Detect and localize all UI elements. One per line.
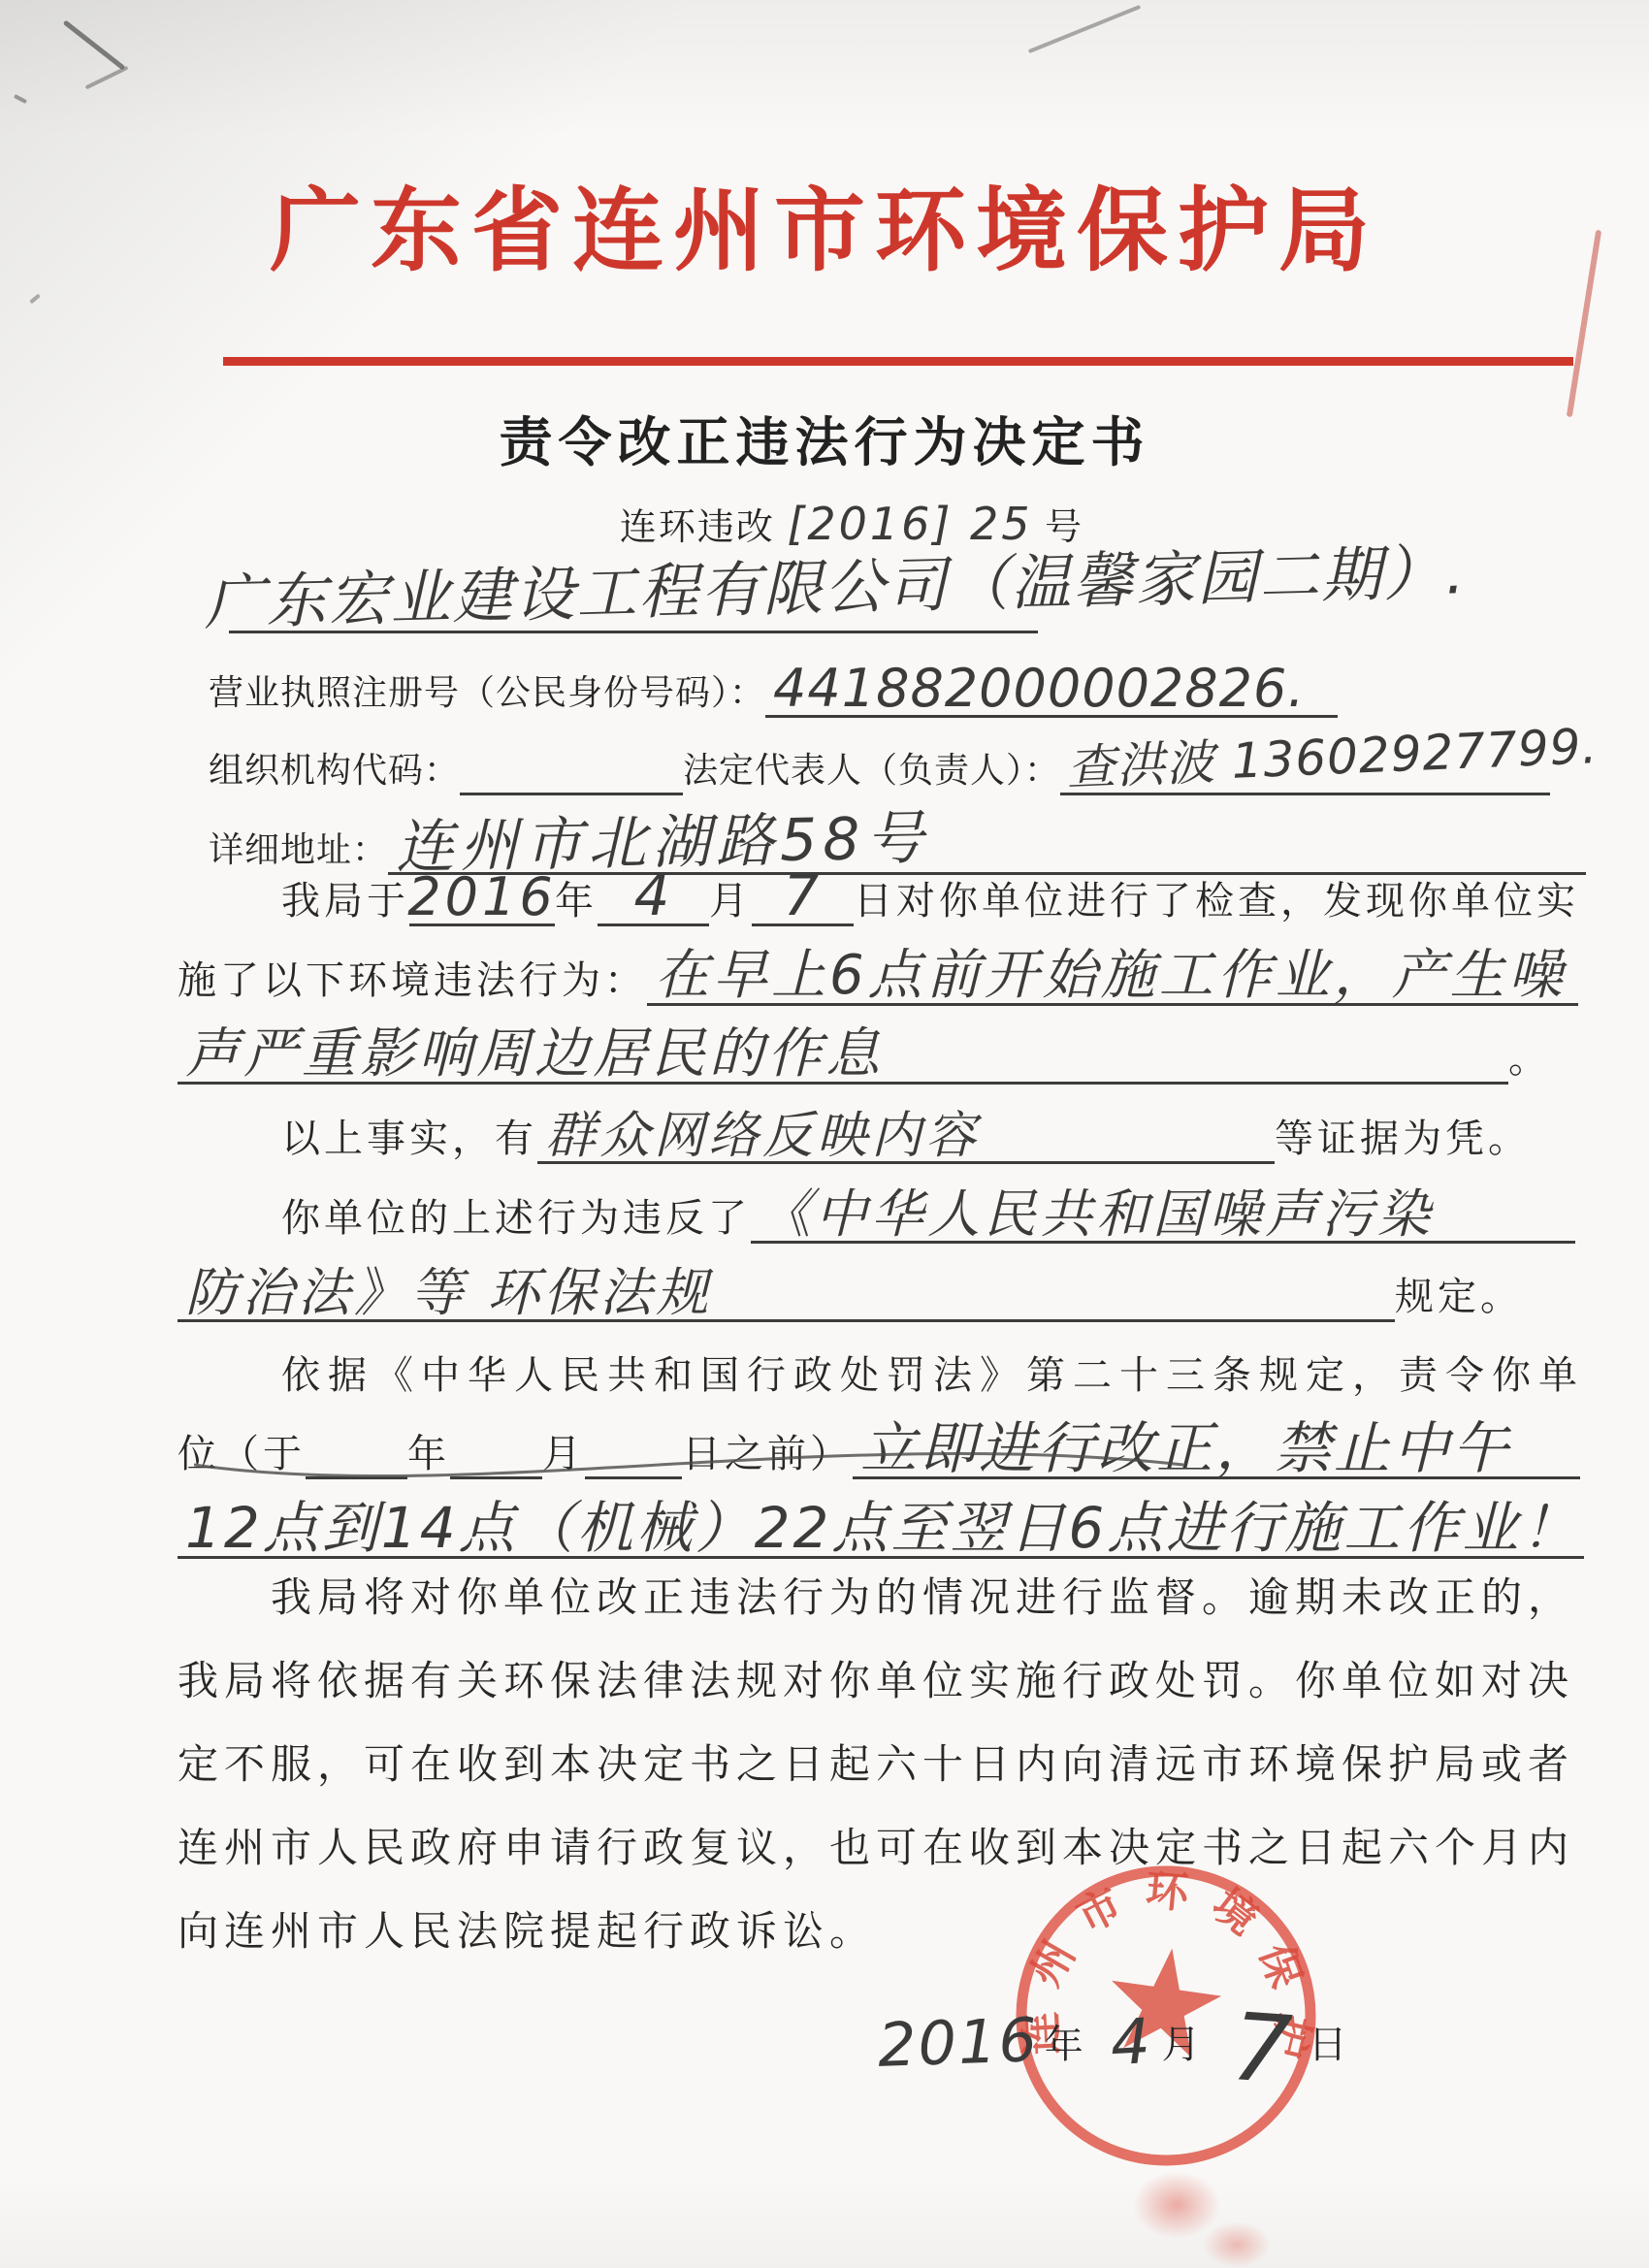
stamp-ink-smudge-artifact	[1203, 2221, 1271, 2268]
inspection-year-handwritten: 2016	[407, 871, 556, 923]
license-number-blank: 441882000002826.	[765, 668, 1338, 718]
signature-date-row: 2016年4月7日	[878, 1994, 1349, 2103]
license-number-label: 营业执照注册号（公民身份号码）：	[209, 672, 765, 712]
date-day-unit: 日	[1309, 2024, 1349, 2066]
document-title: 责令改正违法行为决定书	[0, 400, 1649, 476]
violation-label: 施了以下环境违法行为：	[178, 959, 647, 1002]
date-month-unit: 月	[1162, 2024, 1203, 2066]
violation-line-2: 声严重影响周边居民的作息。	[178, 1034, 1551, 1088]
inspection-year-blank: 2016	[409, 877, 555, 926]
supervision-paragraph: 我局将对你单位改正违法行为的情况进行监督。逾期未改正的， 我局将依据有关环保法律…	[178, 1556, 1596, 1973]
inspection-day-blank: 7	[752, 877, 854, 926]
address-blank: 连州市北湖路58号	[388, 826, 1586, 875]
supervision-line: 定不服，可在收到本决定书之日起六十日内向清远市环境保护局或者	[178, 1723, 1596, 1806]
inspection-day-handwritten: 7	[784, 867, 823, 923]
agency-letterhead: 广东省连州市环境保护局	[0, 157, 1649, 288]
letterhead-divider-line	[223, 357, 1573, 366]
legal-rep-blank: 查洪波 13602927799.	[1060, 746, 1550, 795]
edge-smudge-artifact	[14, 94, 27, 104]
evidence-line: 以上事实，有群众网络反映内容等证据为凭。	[281, 1114, 1531, 1168]
evidence-handwritten: 群众网络反映内容	[545, 1111, 980, 1161]
supervision-line: 向连州市人民法院提起行政诉讼。	[178, 1890, 1596, 1973]
supervision-line: 我局将依据有关环保法律法规对你单位实施行政处罚。你单位如对决	[178, 1639, 1596, 1723]
corner-fold-crease-artifact	[63, 20, 126, 71]
violation-blank-1: 在早上6点前开始施工作业，产生噪	[647, 956, 1578, 1006]
org-code-label: 组织机构代码：	[209, 750, 460, 790]
inspection-prefix: 我局于	[281, 880, 409, 923]
supervision-line: 连州市人民政府申请行政复议，也可在收到本决定书之日起六个月内	[178, 1806, 1596, 1890]
violation-period: 。	[1508, 1038, 1551, 1081]
law-line-1: 你单位的上述行为违反了《中华人民共和国噪声污染	[281, 1193, 1575, 1247]
violation-line-1: 施了以下环境违法行为：在早上6点前开始施工作业，产生噪	[178, 956, 1578, 1010]
scanned-document-page: 广东省连州市环境保护局 责令改正违法行为决定书 连环违改 [2016] 25 号…	[0, 0, 1649, 2268]
pen-stroke-artifact	[175, 1409, 1242, 1525]
license-number-row: 营业执照注册号（公民身份号码）：441882000002826.	[209, 667, 1338, 722]
order-line-1: 依据《中华人民共和国行政处罚法》第二十三条规定，责令你单	[281, 1350, 1585, 1405]
law-blank-1: 《中华人民共和国噪声污染	[751, 1194, 1575, 1244]
top-right-crease-artifact	[1028, 5, 1141, 53]
inspection-suffix: 日对你单位进行了检查，发现你单位实	[854, 880, 1579, 923]
law-line-2: 防治法》等 环保法规规定。	[178, 1272, 1523, 1326]
evidence-suffix: 等证据为凭。	[1275, 1118, 1531, 1160]
inspection-month-handwritten: 4	[634, 867, 673, 923]
corner-fold-crease-artifact	[85, 66, 129, 90]
legal-rep-label: 法定代表人（负责人）：	[683, 750, 1060, 790]
inspection-month-unit: 月	[709, 880, 752, 923]
address-label: 详细地址：	[209, 829, 388, 869]
law-suffix: 规定。	[1395, 1276, 1523, 1318]
date-year-unit: 年	[1045, 2024, 1085, 2066]
evidence-prefix: 以上事实，有	[281, 1118, 537, 1160]
law-blank-2: 防治法》等 环保法规	[178, 1273, 1395, 1322]
law-handwritten-2: 防治法》等 环保法规	[185, 1267, 712, 1319]
date-year-handwritten: 2016	[877, 2004, 1040, 2081]
violation-handwritten-1: 在早上6点前开始施工作业，产生噪	[655, 949, 1567, 1003]
org-code-legal-rep-row: 组织机构代码：法定代表人（负责人）：查洪波 13602927799.	[209, 745, 1550, 799]
inspection-year-unit: 年	[555, 880, 598, 923]
date-month-handwritten: 4	[1109, 2006, 1154, 2080]
edge-smudge-artifact	[29, 294, 41, 305]
supervision-line: 我局将对你单位改正违法行为的情况进行监督。逾期未改正的，	[178, 1556, 1596, 1639]
violation-handwritten-2: 声严重影响周边居民的作息	[185, 1027, 884, 1082]
law-prefix: 你单位的上述行为违反了	[281, 1197, 751, 1240]
license-number-handwritten: 441882000002826.	[773, 663, 1306, 715]
inspection-month-blank: 4	[598, 877, 709, 926]
inspection-line-1: 我局于2016年4月7日对你单位进行了检查，发现你单位实	[281, 876, 1579, 930]
org-code-blank	[460, 746, 683, 795]
evidence-blank: 群众网络反映内容	[537, 1115, 1275, 1164]
legal-rep-handwritten: 查洪波 13602927799.	[1066, 722, 1599, 793]
violation-blank-2: 声严重影响周边居民的作息	[178, 1035, 1508, 1085]
law-handwritten-1: 《中华人民共和国噪声污染	[759, 1188, 1434, 1241]
date-day-handwritten: 7	[1228, 1993, 1297, 2105]
